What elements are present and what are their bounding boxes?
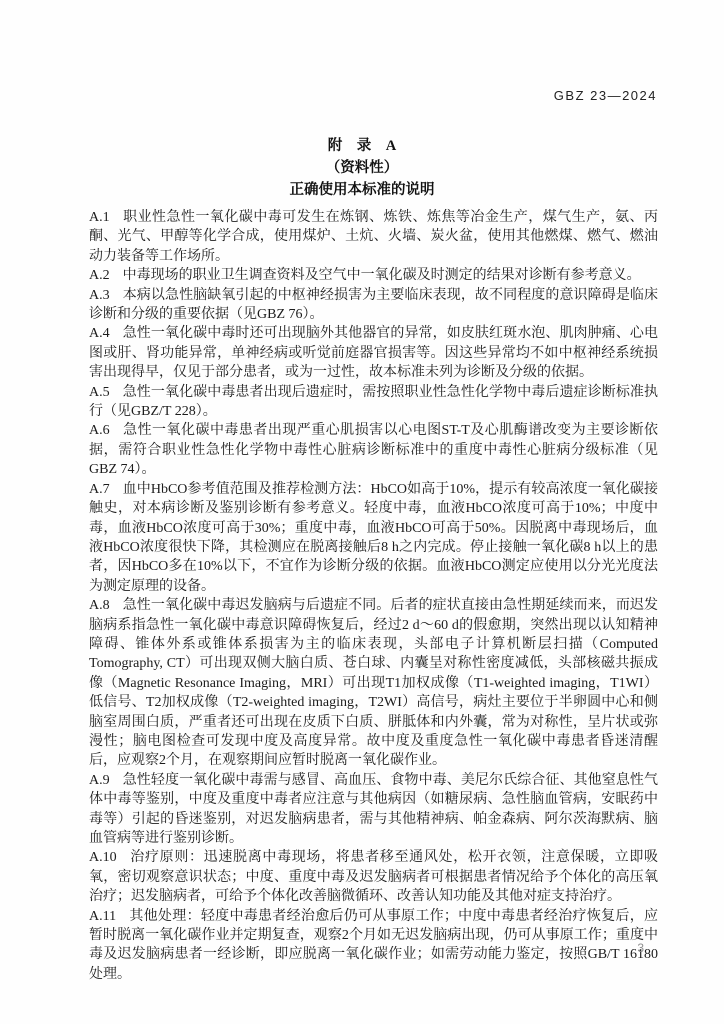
clause-number: A.1 [89, 210, 110, 225]
clause-number: A.2 [89, 268, 110, 283]
clause-text: 本病以急性脑缺氧引起的中枢神经损害为主要临床表现，故不同程度的意识障碍是临床诊断… [89, 288, 658, 322]
standard-number: GBZ 23—2024 [554, 88, 657, 103]
clause-a7: A.7血中HbCO参考值范围及推荐检测方法：HbCO如高于10%，提示有较高浓度… [89, 480, 658, 596]
clause-text: 急性一氧化碳中毒患者出现严重心肌损害以心电图ST-T及心肌酶谱改变为主要诊断依据… [89, 423, 658, 477]
clause-a9: A.9急性轻度一氧化碳中毒需与感冒、高血压、食物中毒、美尼尔氏综合征、其他窒息性… [89, 771, 658, 849]
clause-number: A.6 [89, 423, 110, 438]
clause-a6: A.6急性一氧化碳中毒患者出现严重心肌损害以心电图ST-T及心肌酶谱改变为主要诊… [89, 421, 658, 479]
clause-number: A.7 [89, 482, 110, 497]
clause-a3: A.3本病以急性脑缺氧引起的中枢神经损害为主要临床表现，故不同程度的意识障碍是临… [89, 286, 658, 325]
clause-text: 急性一氧化碳中毒迟发脑病与后遗症不同。后者的症状直接由急性期延续而来，而迟发脑病… [89, 598, 658, 768]
clause-number: A.3 [89, 288, 110, 303]
document-page: GBZ 23—2024 附 录 A （资料性） 正确使用本标准的说明 A.1职业… [0, 0, 724, 1024]
clause-text: 职业性急性一氧化碳中毒可发生在炼钢、炼铁、炼焦等冶金生产，煤气生产，氨、丙酮、光… [89, 210, 658, 264]
clause-a10: A.10治疗原则：迅速脱离中毒现场，将患者移至通风处，松开衣领，注意保暖，立即吸… [89, 848, 658, 906]
clause-text: 急性轻度一氧化碳中毒需与感冒、高血压、食物中毒、美尼尔氏综合征、其他窒息性气体中… [89, 773, 658, 846]
appendix-heading: 附 录 A [0, 135, 724, 157]
clause-text: 血中HbCO参考值范围及推荐检测方法：HbCO如高于10%，提示有较高浓度一氧化… [89, 482, 658, 594]
clause-number: A.5 [89, 385, 110, 400]
clause-a1: A.1职业性急性一氧化碳中毒可发生在炼钢、炼铁、炼焦等冶金生产，煤气生产，氨、丙… [89, 208, 658, 266]
clause-text: 治疗原则：迅速脱离中毒现场，将患者移至通风处，松开衣领，注意保暖，立即吸氧，密切… [89, 850, 658, 904]
appendix-title-block: 附 录 A （资料性） 正确使用本标准的说明 [0, 135, 724, 201]
clause-text: 其他处理：轻度中毒患者经治愈后仍可从事原工作；中度中毒患者经治疗恢复后，应暂时脱… [89, 909, 658, 982]
clause-a5: A.5急性一氧化碳中毒患者出现后遗症时，需按照职业性急性化学物中毒后遗症诊断标准… [89, 383, 658, 422]
clause-a4: A.4急性一氧化碳中毒时还可出现脑外其他器官的异常，如皮肤红斑水泡、肌肉肿痛、心… [89, 324, 658, 382]
clause-text: 中毒现场的职业卫生调查资料及空气中一氧化碳及时测定的结果对诊断有参考意义。 [123, 268, 641, 283]
appendix-classification: （资料性） [0, 157, 724, 179]
clause-text: 急性一氧化碳中毒时还可出现脑外其他器官的异常，如皮肤红斑水泡、肌肉肿痛、心电图或… [89, 326, 658, 380]
clause-a8: A.8急性一氧化碳中毒迟发脑病与后遗症不同。后者的症状直接由急性期延续而来，而迟… [89, 596, 658, 771]
clause-number: A.9 [89, 773, 110, 788]
clause-text: 急性一氧化碳中毒患者出现后遗症时，需按照职业性急性化学物中毒后遗症诊断标准执行（… [89, 385, 658, 419]
page-number: 3 [637, 941, 644, 955]
clause-number: A.10 [89, 850, 117, 865]
clause-a2: A.2中毒现场的职业卫生调查资料及空气中一氧化碳及时测定的结果对诊断有参考意义。 [89, 266, 658, 285]
clause-number: A.8 [89, 598, 110, 613]
clause-a11: A.11其他处理：轻度中毒患者经治愈后仍可从事原工作；中度中毒患者经治疗恢复后，… [89, 907, 658, 985]
clause-number: A.4 [89, 326, 110, 341]
clause-list: A.1职业性急性一氧化碳中毒可发生在炼钢、炼铁、炼焦等冶金生产，煤气生产，氨、丙… [89, 208, 658, 984]
appendix-subtitle: 正确使用本标准的说明 [0, 179, 724, 201]
clause-number: A.11 [89, 909, 116, 924]
